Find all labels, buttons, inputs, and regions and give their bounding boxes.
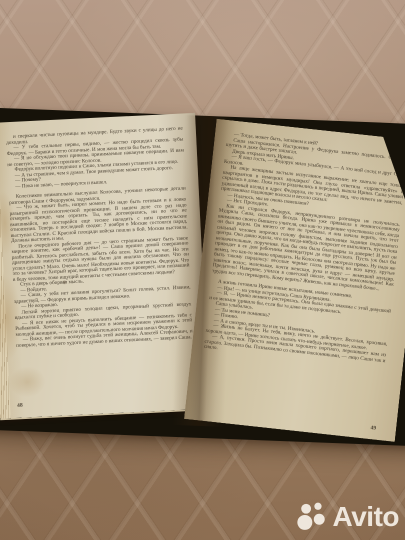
left-page-number: 48 — [17, 403, 23, 409]
open-book: и сверкали чистые пуговицы на мундире. Б… — [0, 108, 405, 447]
left-page: и сверкали чистые пуговицы на мундире. Б… — [0, 113, 209, 419]
avito-wordmark: Avito — [333, 503, 399, 531]
listing-photo: и сверкали чистые пуговицы на мундире. Б… — [0, 0, 405, 540]
right-page-number: 49 — [370, 425, 376, 432]
right-page-text: — Тогда, может быть, заглянем к ней?Саша… — [191, 119, 405, 380]
left-page-text: и сверкали чистые пуговицы на мундире. Б… — [0, 113, 206, 358]
avito-dots-icon — [296, 501, 329, 532]
right-page: — Тогда, может быть, заглянем к ней?Саша… — [184, 119, 405, 442]
avito-watermark: Avito — [296, 501, 399, 532]
